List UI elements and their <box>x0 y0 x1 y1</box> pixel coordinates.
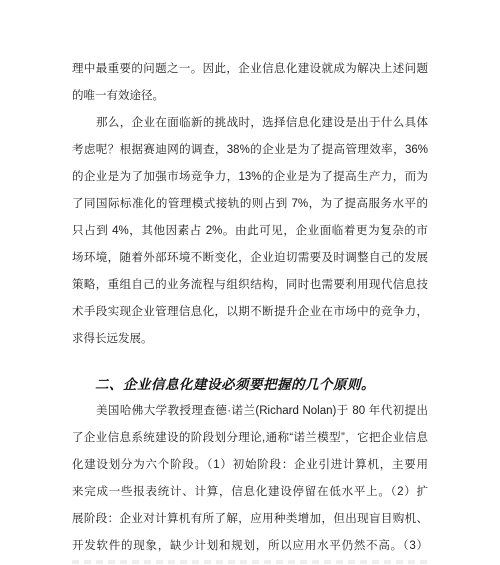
text-line: 化建设划分为六个阶段。（1）初始阶段：企业引进计算机，主要用 <box>72 452 428 479</box>
text-line: 的唯一有效途径。 <box>72 83 428 110</box>
cutoff-next-line-artifact <box>72 560 428 564</box>
text-line: 美国哈佛大学教授理查德·诺兰(Richard Nolan)于 80 年代初提出 <box>72 398 428 425</box>
text-line: 求得长远发展。 <box>72 326 428 353</box>
text-line: 考虑呢？根据赛迪网的调查，38%的企业是为了提高管理效率，36% <box>72 137 428 164</box>
text-line: 了同国际标准化的管理模式接轨的则占到 7%，为了提高服务水平的 <box>72 191 428 218</box>
text-line: 来完成一些报表统计、计算，信息化建设停留在低水平上。（2）扩 <box>72 479 428 506</box>
text-line: 只占到 4%，其他因素占 2%。由此可见，企业面临着更为复杂的市 <box>72 218 428 245</box>
text-line: 场环境，随着外部环境不断变化，企业迫切需要及时调整自己的发展 <box>72 245 428 272</box>
section-heading: 二、企业信息化建设必须要把握的几个原则。 <box>72 371 428 398</box>
document-text-block: 理中最重要的问题之一。因此，企业信息化建设就成为解决上述问题的唯一有效途径。那么… <box>72 56 428 560</box>
document-page: 理中最重要的问题之一。因此，企业信息化建设就成为解决上述问题的唯一有效途径。那么… <box>0 0 500 565</box>
text-line: 了企业信息系统建设的阶段划分理论,通称“诺兰模型”，它把企业信息 <box>72 425 428 452</box>
text-line: 开发软件的现象，缺少计划和规划，所以应用水平仍然不高。（3） <box>72 533 428 560</box>
text-line: 那么，企业在面临新的挑战时，选择信息化建设是出于什么具体 <box>72 110 428 137</box>
text-line: 术手段实现企业管理信息化，以期不断提升企业在市场中的竞争力， <box>72 299 428 326</box>
text-line: 展阶段：企业对计算机有所了解，应用种类增加，但出现盲目购机、 <box>72 506 428 533</box>
text-line: 策略，重组自己的业务流程与组织结构，同时也需要利用现代信息技 <box>72 272 428 299</box>
text-line: 的企业是为了加强市场竞争力，13%的企业是为了提高生产力，而为 <box>72 164 428 191</box>
text-line: 理中最重要的问题之一。因此，企业信息化建设就成为解决上述问题 <box>72 56 428 83</box>
